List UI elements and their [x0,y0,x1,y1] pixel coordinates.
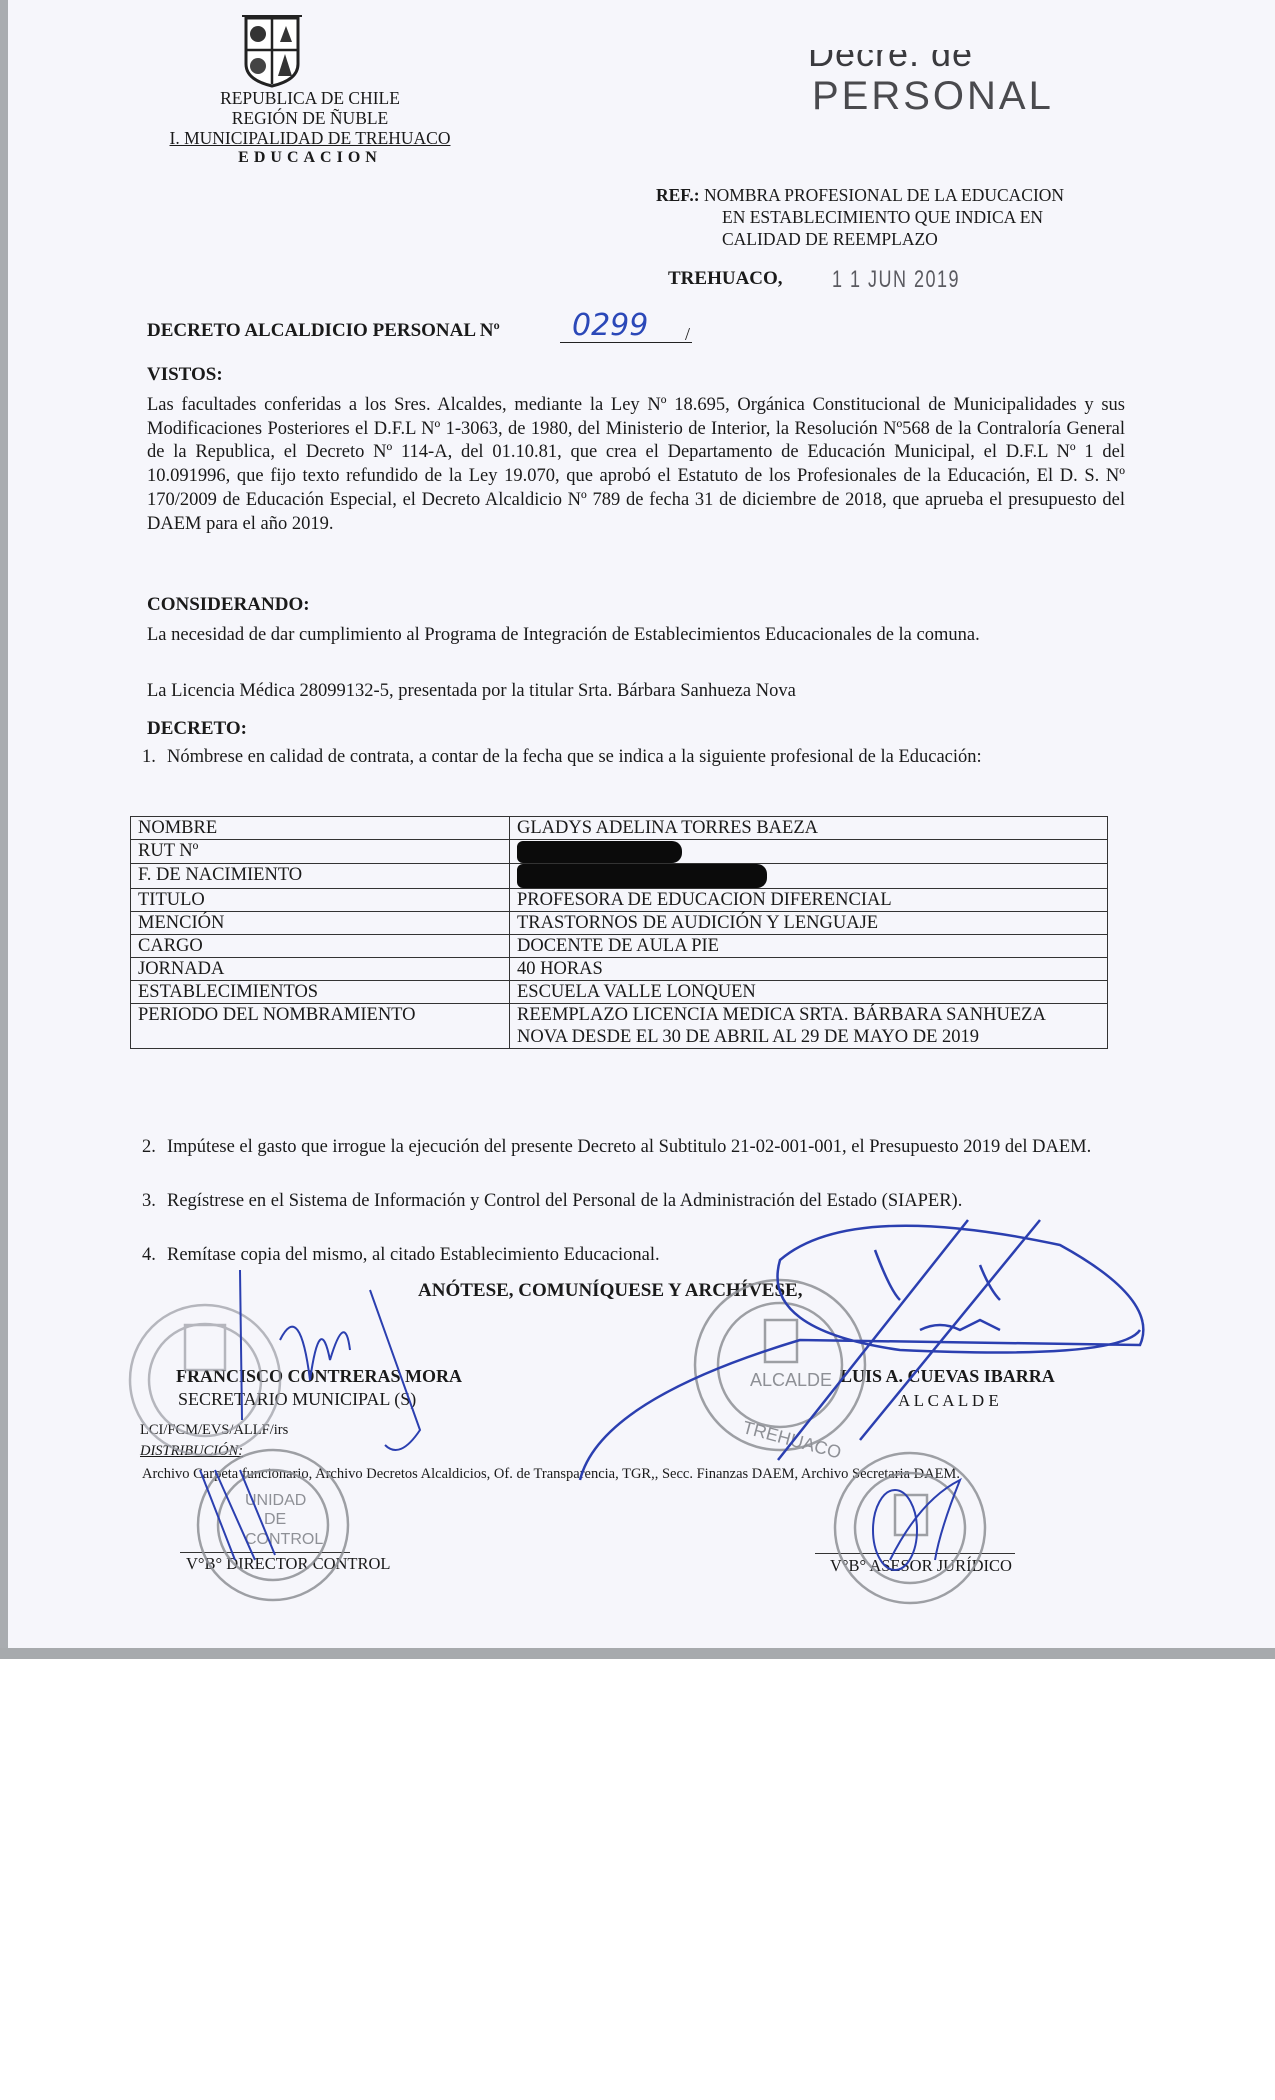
letterhead-region: REGIÓN DE ÑUBLE [140,108,480,128]
ref-line-2: EN ESTABLECIMIENTO QUE INDICA EN [656,206,1136,228]
appointee-data-table: NOMBREGLADYS ADELINA TORRES BAEZA RUT Nº… [130,816,1108,1049]
control-signature-line [180,1552,350,1553]
item-number: 2. [142,1136,167,1159]
item-number: 4. [142,1244,167,1267]
legal-approval: V°B° ASESOR JURÍDICO [830,1556,1012,1576]
ref-line-1: NOMBRA PROFESIONAL DE LA EDUCACION [704,185,1064,205]
vistos-text: Las facultades conferidas a los Sres. Al… [147,394,1125,536]
decree-slash: / [685,324,690,345]
considerando-line-1: La necesidad de dar cumplimiento al Prog… [147,624,1122,648]
table-row: JORNADA40 HORAS [131,957,1108,980]
city-label: TREHUACO, [668,268,783,290]
row-label: PERIODO DEL NOMBRAMIENTO [131,1003,510,1048]
ref-line-3: CALIDAD DE REEMPLAZO [656,228,1136,250]
closing-formula: ANÓTESE, COMUNÍQUESE Y ARCHÍVESE, [418,1280,802,1302]
table-row: ESTABLECIMIENTOSESCUELA VALLE LONQUEN [131,980,1108,1003]
row-value: PROFESORA DE EDUCACION DIFERENCIAL [510,888,1108,911]
row-label: JORNADA [131,957,510,980]
row-label: TITULO [131,888,510,911]
considerando-line-2: La Licencia Médica 28099132-5, presentad… [147,680,1125,704]
row-value: ESCUELA VALLE LONQUEN [510,980,1108,1003]
distribution-label: DISTRIBUCIÓN: [140,1443,243,1460]
municipal-crest-icon [240,14,304,88]
decreto-item-4: 4.Remítase copia del mismo, al citado Es… [142,1244,1127,1267]
row-label: NOMBRE [131,817,510,840]
mayor-name: LUIS A. CUEVAS IBARRA [840,1366,1055,1387]
vistos-heading: VISTOS: [147,364,223,386]
row-label: CARGO [131,934,510,957]
row-value-redacted [510,863,1108,888]
letterhead-department: EDUCACION [140,148,480,168]
row-value: DOCENTE DE AULA PIE [510,934,1108,957]
item-number: 3. [142,1190,167,1213]
decreto-heading: DECRETO: [147,718,247,740]
row-label: ESTABLECIMIENTOS [131,980,510,1003]
redaction-mark [517,841,682,863]
secretary-name: FRANCISCO CONTRERAS MORA [176,1366,462,1387]
considerando-heading: CONSIDERANDO: [147,594,310,616]
row-label: MENCIÓN [131,911,510,934]
table-row: TITULOPROFESORA DE EDUCACION DIFERENCIAL [131,888,1108,911]
secretary-role: SECRETARIO MUNICIPAL (S) [178,1389,416,1410]
row-value: TRASTORNOS DE AUDICIÓN Y LENGUAJE [510,911,1108,934]
reference-block: REF.: NOMBRA PROFESIONAL DE LA EDUCACION… [656,184,1136,250]
decree-number-handwritten: 0299 [560,308,692,343]
letterhead-country: REPUBLICA DE CHILE [140,88,480,108]
decree-title: DECRETO ALCALDICIO PERSONAL Nº [147,320,500,342]
decreto-item-3: 3.Regístrese en el Sistema de Informació… [142,1190,1127,1213]
row-value: REEMPLAZO LICENCIA MEDICA SRTA. BÁRBARA … [510,1003,1108,1048]
row-value: 40 HORAS [510,957,1108,980]
reference-initials: LCI/FCM/EVS/ALLF/irs [140,1422,288,1439]
letterhead: REPUBLICA DE CHILE REGIÓN DE ÑUBLE I. MU… [140,88,480,168]
table-row: F. DE NACIMIENTO [131,863,1108,888]
table-row: PERIODO DEL NOMBRAMIENTOREEMPLAZO LICENC… [131,1003,1108,1048]
mayor-role: A L C A L D E [898,1391,999,1411]
row-value-redacted [510,840,1108,864]
table-row: RUT Nº [131,840,1108,864]
date-stamp: 1 1 JUN 2019 [832,266,960,294]
distribution-text: Archivo Carpeta funcionario, Archivo Dec… [142,1466,960,1483]
row-label: RUT Nº [131,840,510,864]
row-label: F. DE NACIMIENTO [131,863,510,888]
table-row: CARGODOCENTE DE AULA PIE [131,934,1108,957]
legal-signature-line [815,1553,1015,1554]
decreto-item-2: 2.Impútese el gasto que irrogue la ejecu… [142,1136,1127,1159]
scan-bottom-edge [0,1648,1275,1659]
stamp-personal-line: PERSONAL [812,74,1054,118]
table-row: NOMBREGLADYS ADELINA TORRES BAEZA [131,817,1108,840]
item-text: Regístrese en el Sistema de Información … [167,1190,1122,1213]
ref-label: REF.: [656,185,700,205]
item-text: Impútese el gasto que irrogue la ejecuci… [167,1136,1122,1159]
scan-left-edge [0,0,8,1658]
decreto-item-1: 1.Nómbrese en calidad de contrata, a con… [142,746,1127,769]
item-text: Remítase copia del mismo, al citado Esta… [167,1244,1122,1267]
table-row: MENCIÓNTRASTORNOS DE AUDICIÓN Y LENGUAJE [131,911,1108,934]
letterhead-municipality: I. MUNICIPALIDAD DE TREHUACO [140,128,480,148]
redaction-mark [517,864,767,888]
control-approval: V°B° DIRECTOR CONTROL [186,1554,391,1574]
row-value: GLADYS ADELINA TORRES BAEZA [510,817,1108,840]
item-number: 1. [142,746,167,769]
item-text: Nómbrese en calidad de contrata, a conta… [167,746,1122,769]
